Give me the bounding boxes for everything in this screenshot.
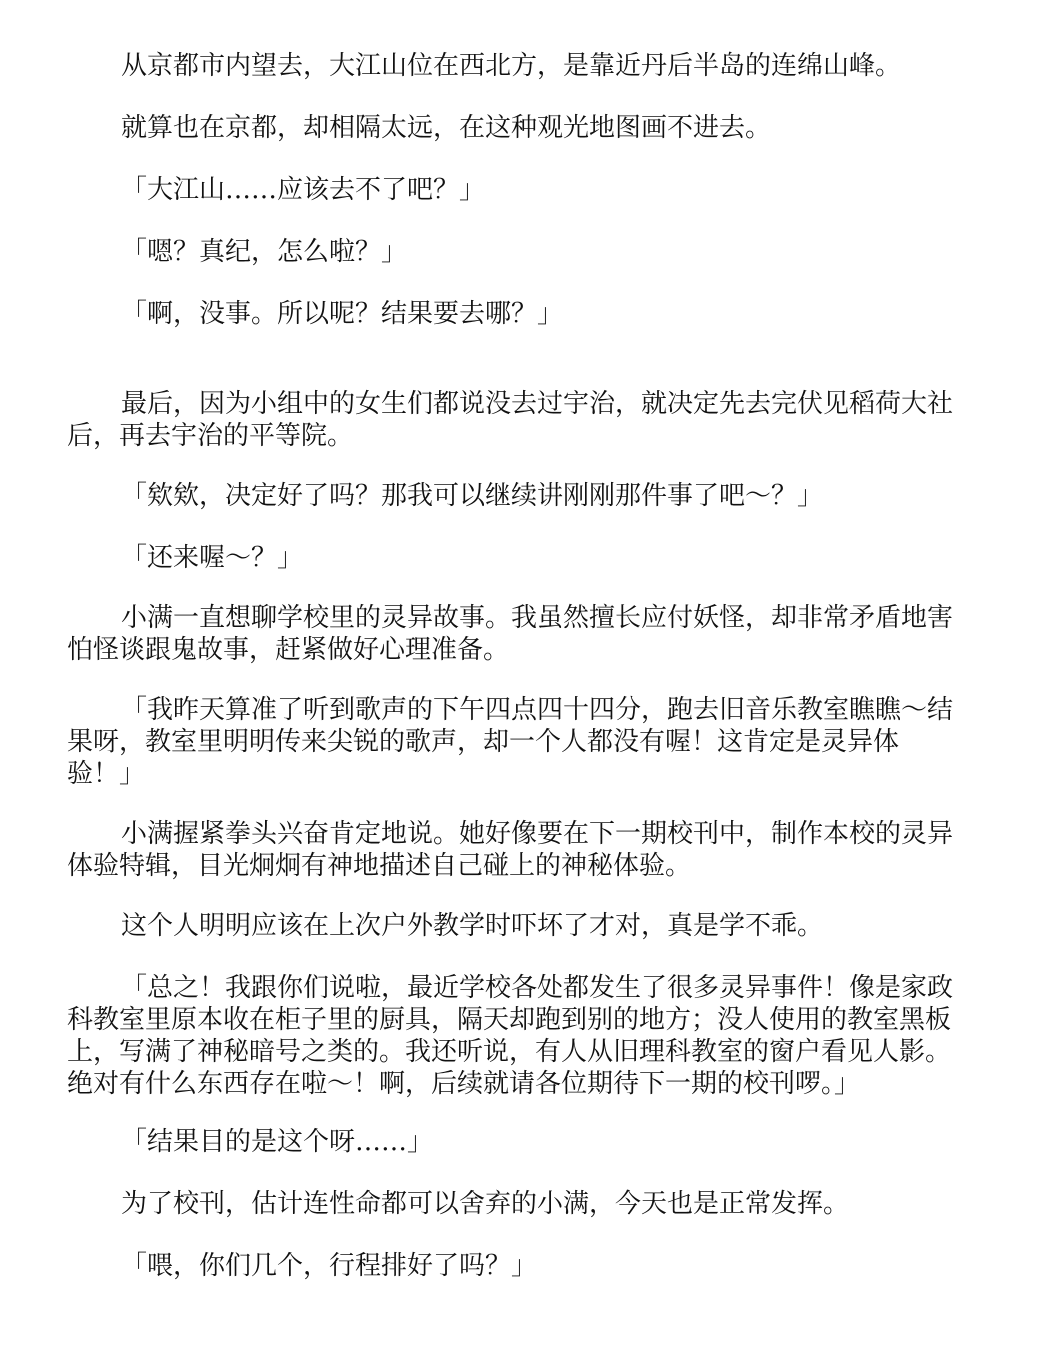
text-line: 「我昨天算准了听到歌声的下午四点四十四分，跑去旧音乐教室瞧瞧～结 xyxy=(67,694,953,726)
text-line: 科教室里原本收在柜子里的厨具，隔天却跑到别的地方；没人使用的教室黑板 xyxy=(67,1004,953,1036)
text-line: 果呀，教室里明明传来尖锐的歌声，却一个人都没有喔！这肯定是灵异体 xyxy=(67,726,953,758)
text-line: 就算也在京都，却相隔太远，在这种观光地图画不进去。 xyxy=(67,112,771,144)
text-line: 小满一直想聊学校里的灵异故事。我虽然擅长应付妖怪，却非常矛盾地害 xyxy=(67,602,953,634)
text-line: 「嗯？真纪，怎么啦？」 xyxy=(67,236,407,268)
dialogue-7: 「总之！我跟你们说啦，最近学校各处都发生了很多灵异事件！像是家政 科教室里原本收… xyxy=(67,972,953,1100)
text-line: 「喂，你们几个，行程排好了吗？」 xyxy=(67,1250,537,1282)
text-line: 上，写满了神秘暗号之类的。我还听说，有人从旧理科教室的窗户看见人影。 xyxy=(67,1036,953,1068)
paragraph-5: 小满握紧拳头兴奋肯定地说。她好像要在下一期校刊中，制作本校的灵异 体验特辑，目光… xyxy=(67,818,953,882)
text-line: 后，再去宇治的平等院。 xyxy=(67,420,953,452)
text-line: 「大江山……应该去不了吧？」 xyxy=(67,174,485,206)
paragraph-2: 就算也在京都，却相隔太远，在这种观光地图画不进去。 xyxy=(67,112,771,144)
dialogue-4: 「欸欸，决定好了吗？那我可以继续讲刚刚那件事了吧～？」 xyxy=(67,480,823,512)
text-line: 怕怪谈跟鬼故事，赶紧做好心理准备。 xyxy=(67,634,953,666)
text-line: 「总之！我跟你们说啦，最近学校各处都发生了很多灵异事件！像是家政 xyxy=(67,972,953,1004)
text-line: 「啊，没事。所以呢？结果要去哪？」 xyxy=(67,298,563,330)
dialogue-5: 「还来喔～？」 xyxy=(67,542,303,574)
text-line: 最后，因为小组中的女生们都说没去过宇治，就决定先去完伏见稻荷大社 xyxy=(67,388,953,420)
dialogue-6: 「我昨天算准了听到歌声的下午四点四十四分，跑去旧音乐教室瞧瞧～结 果呀，教室里明… xyxy=(67,694,953,790)
paragraph-6: 这个人明明应该在上次户外教学时吓坏了才对，真是学不乖。 xyxy=(67,910,823,942)
paragraph-3: 最后，因为小组中的女生们都说没去过宇治，就决定先去完伏见稻荷大社 后，再去宇治的… xyxy=(67,388,953,452)
paragraph-7: 为了校刊，估计连性命都可以舍弃的小满，今天也是正常发挥。 xyxy=(67,1188,849,1220)
text-line: 「欸欸，决定好了吗？那我可以继续讲刚刚那件事了吧～？」 xyxy=(67,480,823,512)
dialogue-3: 「啊，没事。所以呢？结果要去哪？」 xyxy=(67,298,563,330)
text-line: 小满握紧拳头兴奋肯定地说。她好像要在下一期校刊中，制作本校的灵异 xyxy=(67,818,953,850)
text-line: 从京都市内望去，大江山位在西北方，是靠近丹后半岛的连绵山峰。 xyxy=(67,50,901,82)
text-line: 「结果目的是这个呀……」 xyxy=(67,1126,433,1158)
text-line: 体验特辑，目光炯炯有神地描述自己碰上的神秘体验。 xyxy=(67,850,953,882)
text-line: 绝对有什么东西存在啦～！啊，后续就请各位期待下一期的校刊啰。」 xyxy=(67,1068,953,1100)
dialogue-2: 「嗯？真纪，怎么啦？」 xyxy=(67,236,407,268)
dialogue-8: 「结果目的是这个呀……」 xyxy=(67,1126,433,1158)
dialogue-1: 「大江山……应该去不了吧？」 xyxy=(67,174,485,206)
paragraph-4: 小满一直想聊学校里的灵异故事。我虽然擅长应付妖怪，却非常矛盾地害 怕怪谈跟鬼故事… xyxy=(67,602,953,666)
paragraph-1: 从京都市内望去，大江山位在西北方，是靠近丹后半岛的连绵山峰。 xyxy=(67,50,901,82)
text-line: 为了校刊，估计连性命都可以舍弃的小满，今天也是正常发挥。 xyxy=(67,1188,849,1220)
text-line: 「还来喔～？」 xyxy=(67,542,303,574)
text-line: 验！」 xyxy=(67,758,953,790)
dialogue-9: 「喂，你们几个，行程排好了吗？」 xyxy=(67,1250,537,1282)
text-line: 这个人明明应该在上次户外教学时吓坏了才对，真是学不乖。 xyxy=(67,910,823,942)
